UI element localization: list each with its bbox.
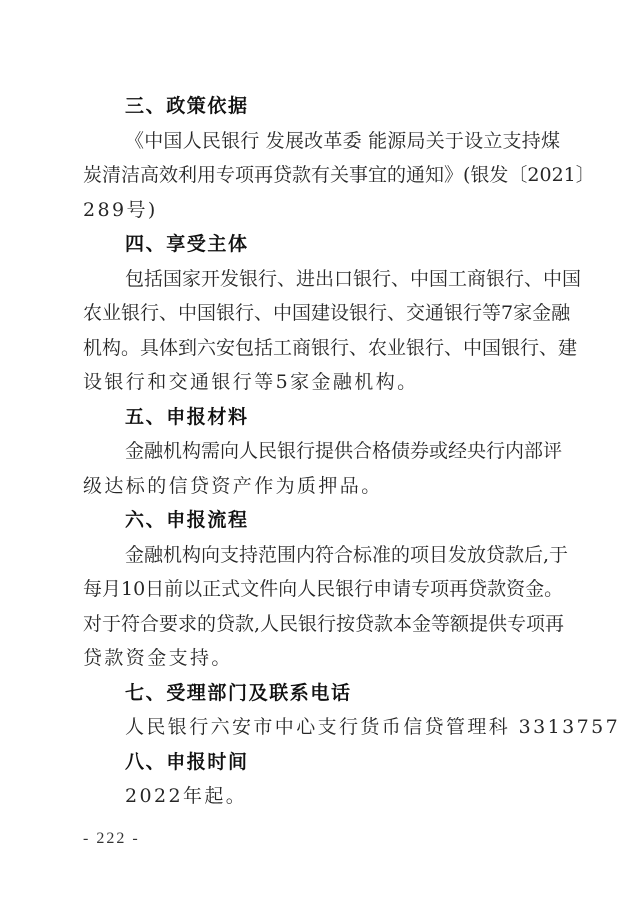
paragraph-line: 机构。具体到六安包括工商银行、农业银行、中国银行、建 — [83, 333, 560, 363]
contact-line: 人民银行六安市中心支行货币信贷管理科 3313757 — [125, 712, 620, 742]
paragraph-line: 《中国人民银行 发展改革委 能源局关于设立支持煤 — [125, 126, 560, 156]
section-heading-contact: 七、受理部门及联系电话 — [125, 678, 352, 708]
paragraph-line: 包括国家开发银行、进出口银行、中国工商银行、中国 — [125, 264, 560, 294]
paragraph-line: 设银行和交通银行等5家金融机构。 — [83, 367, 419, 397]
section-heading-application-process: 六、申报流程 — [125, 505, 249, 535]
page-number: - 222 - — [83, 830, 140, 848]
paragraph-line: 炭清洁高效利用专项再贷款有关事宜的通知》(银发〔2021〕 — [83, 160, 560, 190]
paragraph-line: 贷款资金支持。 — [83, 643, 233, 673]
paragraph-line: 级达标的信贷资产作为质押品。 — [83, 471, 383, 501]
section-heading-application-materials: 五、申报材料 — [125, 402, 249, 432]
paragraph-line: 每月10日前以正式文件向人民银行申请专项再贷款资金。 — [83, 574, 560, 604]
paragraph-line: 2022年起。 — [125, 781, 247, 811]
section-heading-policy-basis: 三、政策依据 — [125, 91, 249, 121]
section-heading-application-time: 八、申报时间 — [125, 747, 249, 777]
paragraph-line: 289号) — [83, 195, 158, 225]
paragraph-line: 对于符合要求的贷款,人民银行按贷款本金等额提供专项再 — [83, 609, 560, 639]
document-page: 三、政策依据 《中国人民银行 发展改革委 能源局关于设立支持煤 炭清洁高效利用专… — [0, 0, 642, 907]
paragraph-line: 金融机构向支持范围内符合标准的项目发放贷款后,于 — [125, 540, 560, 570]
section-heading-eligible-entities: 四、享受主体 — [125, 229, 249, 259]
paragraph-line: 农业银行、中国银行、中国建设银行、交通银行等7家金融 — [83, 298, 560, 328]
paragraph-line: 金融机构需向人民银行提供合格债券或经央行内部评 — [125, 436, 560, 466]
